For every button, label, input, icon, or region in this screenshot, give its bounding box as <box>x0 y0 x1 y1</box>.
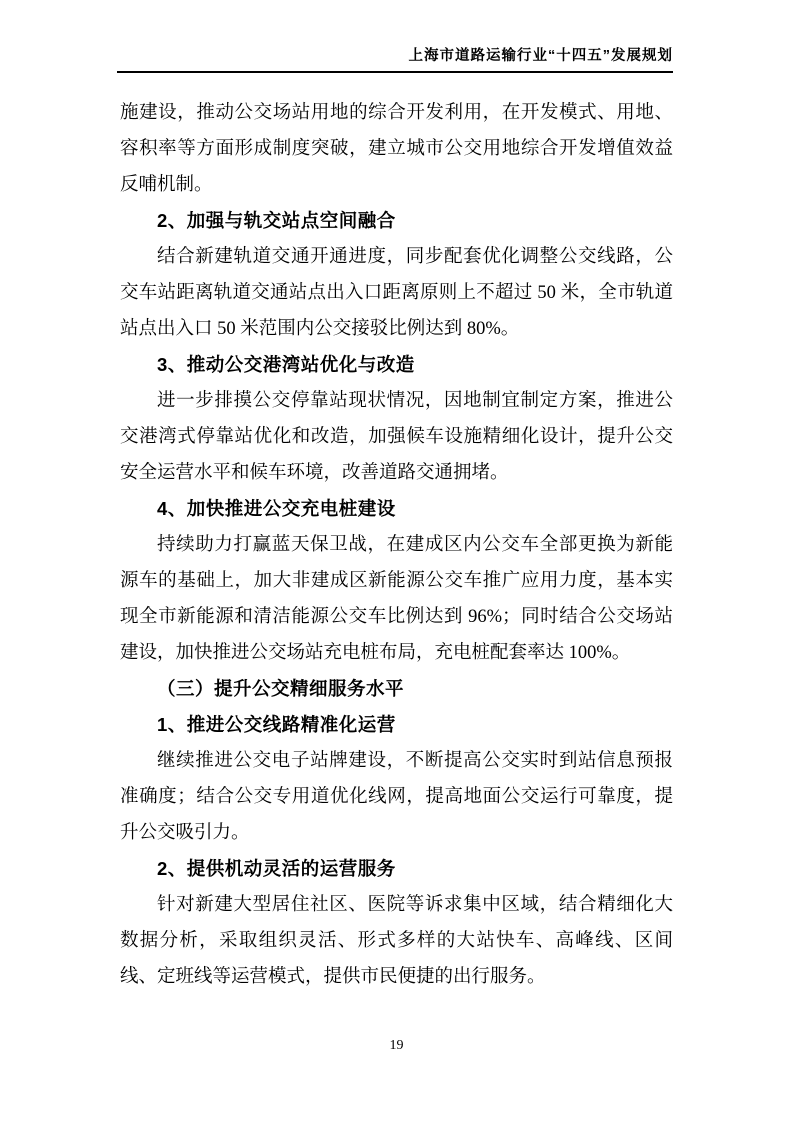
numbered-heading: 1、推进公交线路精准化运营 <box>120 707 673 743</box>
paragraph: 持续助力打赢蓝天保卫战，在建成区内公交车全部更换为新能源车的基础上，加大非建成区… <box>120 527 673 671</box>
header-title: 上海市道路运输行业“十四五”发展规划 <box>118 46 673 66</box>
numbered-heading: 4、加快推进公交充电桩建设 <box>120 491 673 527</box>
document-body: 施建设，推动公交场站用地的综合开发利用，在开发模式、用地、容积率等方面形成制度突… <box>120 95 673 995</box>
section-heading: （三）提升公交精细服务水平 <box>120 671 673 707</box>
paragraph: 结合新建轨道交通开通进度，同步配套优化调整公交线路，公交车站距离轨道交通站点出入… <box>120 239 673 347</box>
paragraph: 继续推进公交电子站牌建设，不断提高公交实时到站信息预报准确度；结合公交专用道优化… <box>120 743 673 851</box>
paragraph-continuation: 施建设，推动公交场站用地的综合开发利用，在开发模式、用地、容积率等方面形成制度突… <box>120 95 673 203</box>
numbered-heading: 2、提供机动灵活的运营服务 <box>120 851 673 887</box>
header-rule <box>117 71 673 73</box>
paragraph: 针对新建大型居住社区、医院等诉求集中区域，结合精细化大数据分析，采取组织灵活、形… <box>120 887 673 995</box>
document-page: 上海市道路运输行业“十四五”发展规划 施建设，推动公交场站用地的综合开发利用，在… <box>0 0 793 1123</box>
numbered-heading: 2、加强与轨交站点空间融合 <box>120 203 673 239</box>
paragraph: 进一步排摸公交停靠站现状情况，因地制宜制定方案，推进公交港湾式停靠站优化和改造，… <box>120 383 673 491</box>
page-number: 19 <box>0 1036 793 1056</box>
numbered-heading: 3、推动公交港湾站优化与改造 <box>120 347 673 383</box>
